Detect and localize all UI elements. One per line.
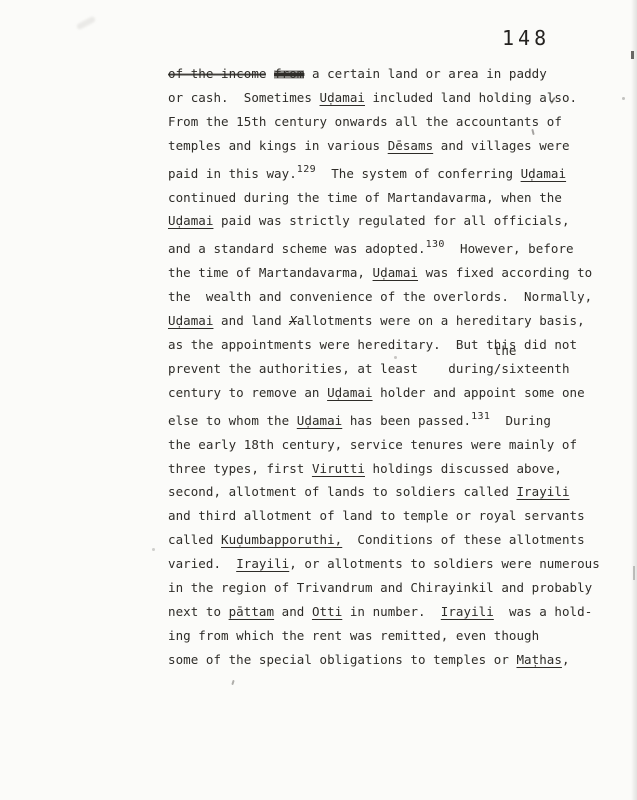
underlined-term: Virutti [312, 461, 365, 476]
text-line: Uḍamai and land Xallotments were on a he… [168, 309, 618, 333]
underlined-term: Irayili [516, 484, 569, 499]
text-segment: included land holding also. [365, 90, 577, 105]
scan-artifact [633, 566, 635, 580]
underlined-term: pāttam [229, 604, 274, 619]
text-line: in the region of Trivandrum and Chirayin… [168, 576, 618, 600]
underlined-term: Irayili [236, 556, 289, 571]
underlined-term: Uḍamai [168, 313, 213, 328]
underlined-term: Uḍamai [521, 166, 566, 181]
text-line: paid in this way.129 The system of confe… [168, 158, 618, 186]
scan-artifact [152, 548, 155, 551]
text-segment: holdings discussed above, [365, 461, 562, 476]
text-segment: ing from which the rent was remitted, ev… [168, 628, 539, 643]
underlined-term: Irayili [441, 604, 494, 619]
text-segment: second, allotment of lands to soldiers c… [168, 484, 516, 499]
scanned-document-page: 148 of the income from a certain land or… [0, 0, 637, 800]
underlined-term: Uḍamai [297, 413, 342, 428]
text-line: or cash. Sometimes Uḍamai included land … [168, 86, 618, 110]
underlined-term: Uḍamai [168, 213, 213, 228]
text-line: varied. Irayili, or allotments to soldie… [168, 552, 618, 576]
underlined-term: Otti [312, 604, 342, 619]
crossed-character: X [289, 313, 297, 328]
text-line: else to whom the Uḍamai has been passed.… [168, 405, 618, 433]
text-segment: Conditions of these allotments [342, 532, 584, 547]
text-line: ing from which the rent was remitted, ev… [168, 624, 618, 648]
text-segment: a certain land or area in paddy [304, 66, 546, 81]
text-segment: was fixed according to [418, 265, 592, 280]
scan-artifact [231, 680, 234, 685]
text-segment: From the 15th century onwards all the ac… [168, 114, 562, 129]
text-segment: in number. [342, 604, 440, 619]
text-segment: has been passed. [342, 413, 471, 428]
text-line: three types, first Virutti holdings disc… [168, 457, 618, 481]
text-line: next to pāttam and Otti in number. Irayi… [168, 600, 618, 624]
text-line: some of the special obligations to templ… [168, 648, 618, 672]
text-segment: /sixteenth [494, 361, 570, 376]
text-segment: However, before [445, 241, 574, 256]
text-line: the wealth and convenience of the overlo… [168, 285, 618, 309]
text-line: of the income from a certain land or are… [168, 62, 618, 86]
text-segment: in the region of Trivandrum and Chirayin… [168, 580, 592, 595]
scan-edge-shade [631, 0, 637, 800]
text-segment: or cash. Sometimes [168, 90, 320, 105]
text-segment: , [562, 652, 570, 667]
page-number: 148 [502, 26, 550, 50]
text-segment: three types, first [168, 461, 312, 476]
text-segment: century to remove an [168, 385, 327, 400]
scan-artifact [631, 51, 634, 59]
text-segment: paid was strictly regulated for all offi… [213, 213, 569, 228]
text-line: as the appointments were hereditary. But… [168, 333, 618, 357]
text-line: and a standard scheme was adopted.130 Ho… [168, 233, 618, 261]
struck-text: from [274, 66, 304, 81]
text-segment: was a hold- [494, 604, 592, 619]
text-segment: and a standard scheme was adopted. [168, 241, 426, 256]
underlined-term: Maṭhas [516, 652, 561, 667]
text-line: the early 18th century, service tenures … [168, 433, 618, 457]
text-segment [266, 66, 274, 81]
text-line: second, allotment of lands to soldiers c… [168, 480, 618, 504]
text-segment: the time of Martandavarma, [168, 265, 373, 280]
text-segment: allotments were on a hereditary basis, [297, 313, 585, 328]
text-segment: continued during the time of Martandavar… [168, 190, 562, 205]
text-segment: the early 18th century, service tenures … [168, 437, 577, 452]
struck-text: of the income [168, 66, 266, 81]
text-line: prevent the authorities, at least during… [168, 357, 618, 381]
text-segment: else to whom the [168, 413, 297, 428]
text-segment: next to [168, 604, 229, 619]
text-line: temples and kings in various Dēsams and … [168, 134, 618, 158]
text-segment: and villages were [433, 138, 569, 153]
text-segment: and land [213, 313, 289, 328]
text-segment: , or allotments to soldiers were numerou… [289, 556, 600, 571]
scan-artifact [76, 16, 96, 31]
text-segment: temples and kings in various [168, 138, 388, 153]
text-segment: and third allotment of land to temple or… [168, 508, 585, 523]
underlined-term: Uḍamai [327, 385, 372, 400]
typewritten-text: of the income from a certain land or are… [168, 62, 618, 672]
text-segment: varied. [168, 556, 236, 571]
text-segment: called [168, 532, 221, 547]
text-line: continued during the time of Martandavar… [168, 186, 618, 210]
scan-artifact [622, 97, 625, 100]
underlined-term: Uḍamai [320, 90, 365, 105]
footnote-reference: 130 [426, 239, 445, 250]
underlined-term: Uḍamai [373, 265, 418, 280]
text-line: the time of Martandavarma, Uḍamai was fi… [168, 261, 618, 285]
text-segment: paid in this way. [168, 166, 297, 181]
text-segment: holder and appoint some one [373, 385, 585, 400]
text-line: Uḍamai paid was strictly regulated for a… [168, 209, 618, 233]
text-line: century to remove an Uḍamai holder and a… [168, 381, 618, 405]
underlined-term: Kuḍumbapporuthi, [221, 532, 342, 547]
underlined-term: Dēsams [388, 138, 433, 153]
footnote-reference: 129 [297, 164, 316, 175]
text-segment: During [490, 413, 551, 428]
scan-artifact [394, 356, 397, 359]
text-line: called Kuḍumbapporuthi, Conditions of th… [168, 528, 618, 552]
text-segment: some of the special obligations to templ… [168, 652, 516, 667]
text-line: and third allotment of land to temple or… [168, 504, 618, 528]
footnote-reference: 131 [471, 411, 490, 422]
text-line: From the 15th century onwards all the ac… [168, 110, 618, 134]
text-segment: the wealth and convenience of the overlo… [168, 289, 592, 304]
text-segment: prevent the authorities, at least during [168, 361, 494, 376]
text-segment: and [274, 604, 312, 619]
inserted-word: the [494, 339, 517, 363]
text-segment: The system of conferring [316, 166, 521, 181]
